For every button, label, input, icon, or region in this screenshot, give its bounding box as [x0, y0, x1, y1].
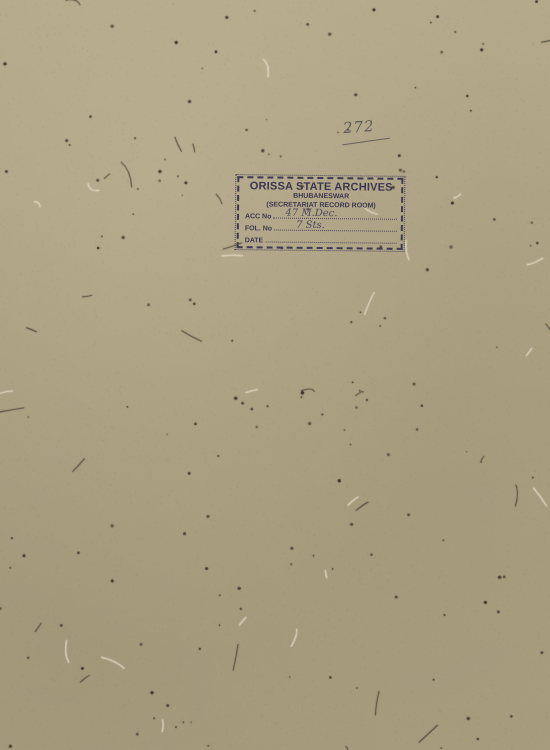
stamp-field-date: DATE [245, 234, 397, 248]
folder-cover: 272 ORISSA STATE ARCHIVES BHUBANESWAR (S… [0, 0, 550, 750]
stamp-field-value: 7 Sts. [296, 220, 325, 231]
stamp-field-label: DATE [245, 235, 264, 246]
stamp-field-label: ACC No [245, 211, 272, 222]
stamp-field-line: 7 Sts. [274, 223, 397, 232]
stamp-field-line: 47 M.Dec. [273, 211, 397, 220]
stamp-field-line [265, 234, 397, 243]
archive-stamp: ORISSA STATE ARCHIVES BHUBANESWAR (SECRE… [237, 176, 404, 250]
stamp-field-value: 47 M.Dec. [285, 208, 337, 220]
paper-texture [0, 0, 550, 750]
stamp-field-label: FOL. No [245, 223, 272, 234]
handwritten-folio-number: 272 [342, 117, 375, 137]
stamp-title: ORISSA STATE ARCHIVES [245, 180, 397, 194]
